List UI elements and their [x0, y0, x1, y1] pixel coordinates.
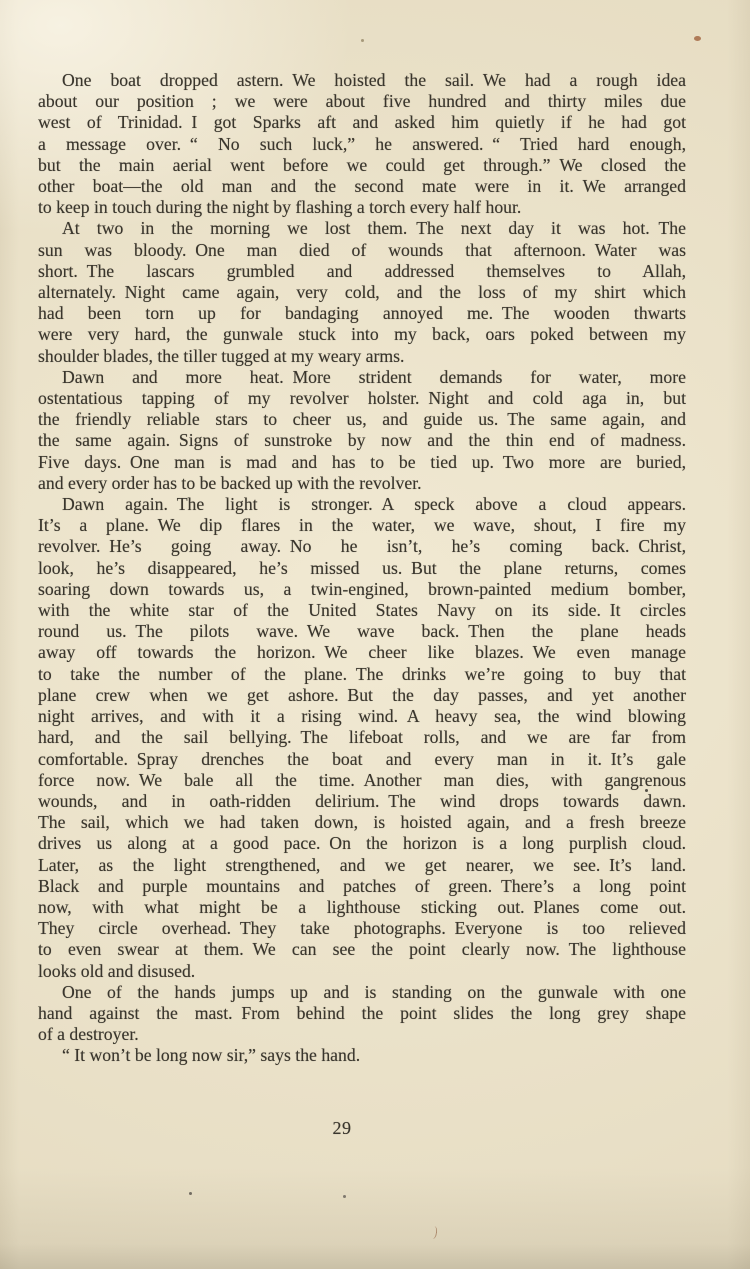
text-line: west of Trinidad. I got Sparks aft and a…	[38, 112, 686, 133]
text-line: looks old and disused.	[38, 961, 686, 982]
text-line: One boat dropped astern. We hoisted the …	[38, 70, 686, 91]
text-line: sun was bloody. One man died of wounds t…	[38, 240, 686, 261]
text-line: revolver. He’s going away. No he isn’t, …	[38, 536, 686, 557]
paragraph: Dawn again. The light is stronger. A spe…	[38, 494, 686, 982]
text-line: and every order has to be backed up with…	[38, 473, 686, 494]
text-line: look, he’s disappeared, he’s missed us. …	[38, 558, 686, 579]
text-line: comfortable. Spray drenches the boat and…	[38, 749, 686, 770]
text-line: to take the number of the plane. The dri…	[38, 664, 686, 685]
paragraph: “ It won’t be long now sir,” says the ha…	[38, 1045, 686, 1066]
scan-speck	[343, 1195, 346, 1198]
text-line: now, with what might be a lighthouse sti…	[38, 897, 686, 918]
text-block: One boat dropped astern. We hoisted the …	[38, 70, 686, 1067]
text-line: to keep in touch during the night by fla…	[38, 197, 686, 218]
text-line: shoulder blades, the tiller tugged at my…	[38, 346, 686, 367]
text-line: the same again. Signs of sunstroke by no…	[38, 430, 686, 451]
text-line: hard, and the sail bellying. The lifeboa…	[38, 727, 686, 748]
text-line: drives us along at a good pace. On the h…	[38, 833, 686, 854]
text-line: the friendly reliable stars to cheer us,…	[38, 409, 686, 430]
text-line: Five days. One man is mad and has to be …	[38, 452, 686, 473]
text-line: wounds, and in oath-ridden delirium. The…	[38, 791, 686, 812]
text-line: about our position ; we were about five …	[38, 91, 686, 112]
scan-speck	[429, 1226, 438, 1240]
book-page-scan: { "page": { "background_color": "#ede4cb…	[0, 0, 750, 1269]
text-line: It’s a plane. We dip flares in the water…	[38, 515, 686, 536]
text-line: The sail, which we had taken down, is ho…	[38, 812, 686, 833]
text-line: to even swear at them. We can see the po…	[38, 939, 686, 960]
text-line: They circle overhead. They take photogra…	[38, 918, 686, 939]
text-line: One of the hands jumps up and is standin…	[38, 982, 686, 1003]
page-number: 29	[0, 1118, 684, 1139]
text-line: force now. We bale all the time. Another…	[38, 770, 686, 791]
scan-speck	[189, 1192, 192, 1195]
text-line: away off towards the horizon. We cheer l…	[38, 642, 686, 663]
text-line: At two in the morning we lost them. The …	[38, 218, 686, 239]
text-line: Dawn again. The light is stronger. A spe…	[38, 494, 686, 515]
text-line: a message over. “ No such luck,” he answ…	[38, 134, 686, 155]
text-line: of a destroyer.	[38, 1024, 686, 1045]
text-line: round us. The pilots wave. We wave back.…	[38, 621, 686, 642]
text-line: short. The lascars grumbled and addresse…	[38, 261, 686, 282]
paragraph: One of the hands jumps up and is standin…	[38, 982, 686, 1046]
paragraph: One boat dropped astern. We hoisted the …	[38, 70, 686, 218]
text-line: Black and purple mountains and patches o…	[38, 876, 686, 897]
text-line: Later, as the light strengthened, and we…	[38, 855, 686, 876]
text-line: soaring down towards us, a twin-engined,…	[38, 579, 686, 600]
text-line: “ It won’t be long now sir,” says the ha…	[38, 1045, 686, 1066]
paragraph: Dawn and more heat. More strident demand…	[38, 367, 686, 494]
text-line: with the white star of the United States…	[38, 600, 686, 621]
text-line: ostentatious tapping of my revolver hols…	[38, 388, 686, 409]
text-line: but the main aerial went before we could…	[38, 155, 686, 176]
text-line: alternately. Night came again, very cold…	[38, 282, 686, 303]
text-line: Dawn and more heat. More strident demand…	[38, 367, 686, 388]
text-line: were very hard, the gunwale stuck into m…	[38, 324, 686, 345]
text-line: had been torn up for bandaging annoyed m…	[38, 303, 686, 324]
text-line: hand against the mast. From behind the p…	[38, 1003, 686, 1024]
scan-speck	[694, 36, 701, 41]
scan-speck	[361, 39, 364, 42]
text-line: plane crew when we get ashore. But the d…	[38, 685, 686, 706]
text-line: night arrives, and with it a rising wind…	[38, 706, 686, 727]
paragraph: At two in the morning we lost them. The …	[38, 218, 686, 366]
text-line: other boat—the old man and the second ma…	[38, 176, 686, 197]
